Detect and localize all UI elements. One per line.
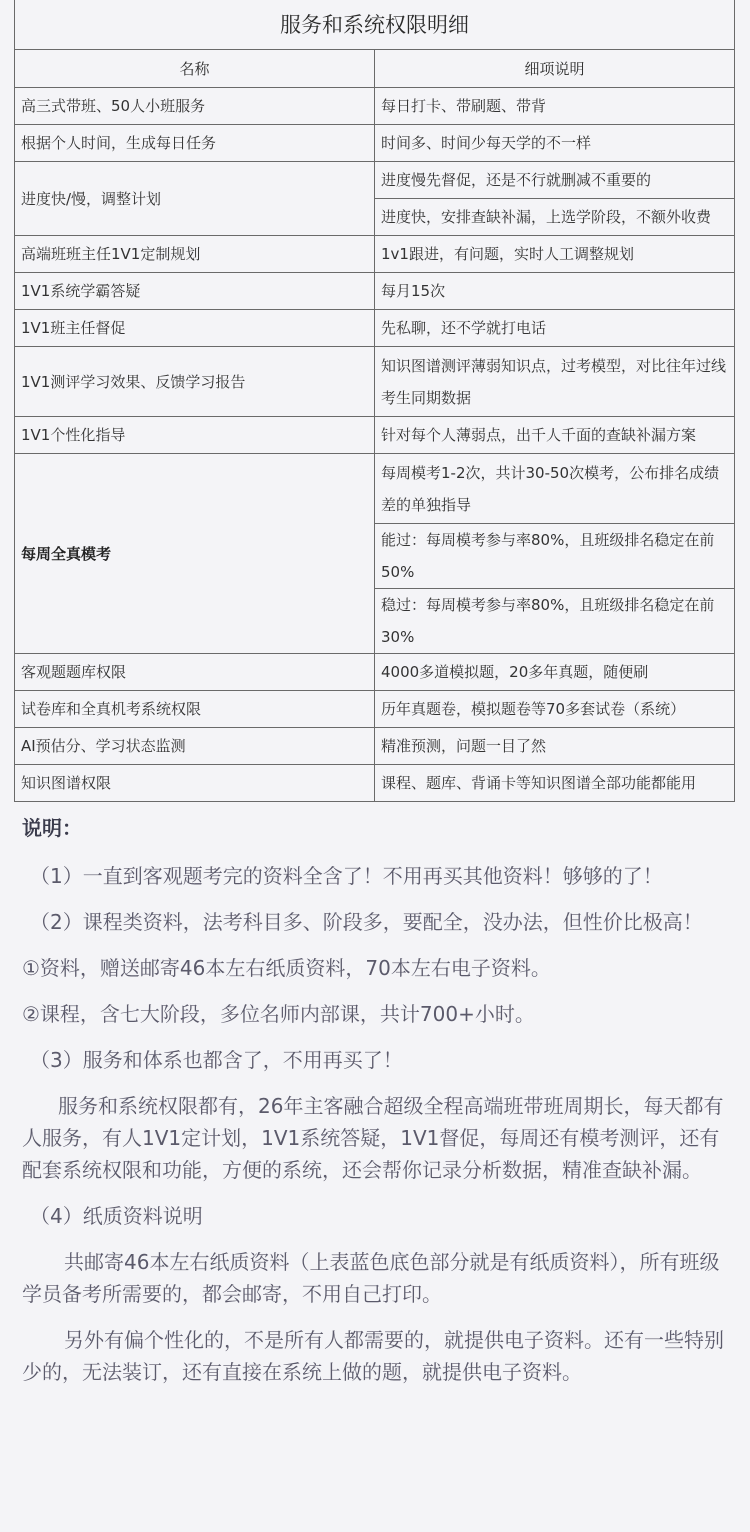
table-row: 1V1测评学习效果、反馈学习报告 知识图谱测评薄弱知识点，过考模型，对比往年过线… bbox=[15, 347, 735, 417]
row-name: 每周全真模考 bbox=[15, 454, 375, 654]
row-detail: 先私聊，还不学就打电话 bbox=[375, 310, 735, 347]
note-paragraph: （4）纸质资料说明 bbox=[22, 1200, 728, 1232]
table-row: 每周全真模考 每周模考1-2次，共计30-50次模考，公布排名成绩差的单独指导 bbox=[15, 454, 735, 524]
table-row: 高三式带班、50人小班服务 每日打卡、带刷题、带背 bbox=[15, 88, 735, 125]
row-name: 1V1测评学习效果、反馈学习报告 bbox=[15, 347, 375, 417]
row-detail: 时间多、时间少每天学的不一样 bbox=[375, 125, 735, 162]
row-detail: 进度快，安排查缺补漏，上选学阶段，不额外收费 bbox=[375, 199, 735, 236]
table-row: 1V1班主任督促 先私聊，还不学就打电话 bbox=[15, 310, 735, 347]
row-detail: 每周模考1-2次，共计30-50次模考，公布排名成绩差的单独指导 bbox=[375, 454, 735, 524]
table-header-row: 名称 细项说明 bbox=[15, 50, 735, 88]
notes-heading: 说明： bbox=[22, 812, 728, 844]
row-name: 1V1系统学霸答疑 bbox=[15, 273, 375, 310]
row-detail: 精准预测，问题一目了然 bbox=[375, 728, 735, 765]
table-row: 进度快/慢，调整计划 进度慢先督促，还是不行就删减不重要的 bbox=[15, 162, 735, 199]
permissions-table: 服务和系统权限明细 名称 细项说明 高三式带班、50人小班服务 每日打卡、带刷题… bbox=[14, 0, 735, 802]
table-row: AI预估分、学习状态监测 精准预测，问题一目了然 bbox=[15, 728, 735, 765]
row-detail: 1v1跟进，有问题，实时人工调整规划 bbox=[375, 236, 735, 273]
note-paragraph: 另外有偏个性化的，不是所有人都需要的，就提供电子资料。还有一些特别少的，无法装订… bbox=[22, 1324, 728, 1388]
row-name: 1V1个性化指导 bbox=[15, 417, 375, 454]
notes-section: 说明： （1）一直到客观题考完的资料全含了！不用再买其他资料！够够的了！ （2）… bbox=[22, 812, 728, 1402]
row-name: 客观题题库权限 bbox=[15, 654, 375, 691]
note-paragraph: （2）课程类资料，法考科目多、阶段多，要配全，没办法，但性价比极高！ bbox=[22, 906, 728, 938]
note-paragraph: （3）服务和体系也都含了，不用再买了！ bbox=[22, 1044, 728, 1076]
row-name: AI预估分、学习状态监测 bbox=[15, 728, 375, 765]
row-detail: 能过：每周模考参与率80%，且班级排名稳定在前50% bbox=[375, 524, 735, 589]
note-paragraph: 共邮寄46本左右纸质资料（上表蓝色底色部分就是有纸质资料），所有班级学员备考所需… bbox=[22, 1246, 728, 1310]
row-detail: 进度慢先督促，还是不行就删减不重要的 bbox=[375, 162, 735, 199]
table-title: 服务和系统权限明细 bbox=[15, 0, 735, 50]
table-row: 根据个人时间，生成每日任务 时间多、时间少每天学的不一样 bbox=[15, 125, 735, 162]
table-row: 客观题题库权限 4000多道模拟题，20多年真题，随便刷 bbox=[15, 654, 735, 691]
table-row: 1V1个性化指导 针对每个人薄弱点，出千人千面的查缺补漏方案 bbox=[15, 417, 735, 454]
note-paragraph: （1）一直到客观题考完的资料全含了！不用再买其他资料！够够的了！ bbox=[22, 860, 728, 892]
row-name: 高端班班主任1V1定制规划 bbox=[15, 236, 375, 273]
column-header-details: 细项说明 bbox=[375, 50, 735, 88]
table-row: 1V1系统学霸答疑 每月15次 bbox=[15, 273, 735, 310]
row-name: 高三式带班、50人小班服务 bbox=[15, 88, 375, 125]
table-row: 试卷库和全真机考系统权限 历年真题卷，模拟题卷等70多套试卷（系统） bbox=[15, 691, 735, 728]
row-detail: 针对每个人薄弱点，出千人千面的查缺补漏方案 bbox=[375, 417, 735, 454]
row-detail: 每日打卡、带刷题、带背 bbox=[375, 88, 735, 125]
row-name: 根据个人时间，生成每日任务 bbox=[15, 125, 375, 162]
table-row: 高端班班主任1V1定制规划 1v1跟进，有问题，实时人工调整规划 bbox=[15, 236, 735, 273]
table-row: 知识图谱权限 课程、题库、背诵卡等知识图谱全部功能都能用 bbox=[15, 765, 735, 802]
permissions-table-container: 服务和系统权限明细 名称 细项说明 高三式带班、50人小班服务 每日打卡、带刷题… bbox=[14, 0, 735, 802]
row-detail: 每月15次 bbox=[375, 273, 735, 310]
row-name: 试卷库和全真机考系统权限 bbox=[15, 691, 375, 728]
note-paragraph: 服务和系统权限都有，26年主客融合超级全程高端班带班周期长，每天都有人服务，有人… bbox=[22, 1090, 728, 1186]
note-paragraph: ②课程，含七大阶段，多位名师内部课，共计700+小时。 bbox=[22, 998, 728, 1030]
row-detail: 课程、题库、背诵卡等知识图谱全部功能都能用 bbox=[375, 765, 735, 802]
row-name: 知识图谱权限 bbox=[15, 765, 375, 802]
row-detail: 知识图谱测评薄弱知识点，过考模型，对比往年过线考生同期数据 bbox=[375, 347, 735, 417]
note-paragraph: ①资料，赠送邮寄46本左右纸质资料，70本左右电子资料。 bbox=[22, 952, 728, 984]
row-detail: 历年真题卷，模拟题卷等70多套试卷（系统） bbox=[375, 691, 735, 728]
table-title-row: 服务和系统权限明细 bbox=[15, 0, 735, 50]
row-name: 进度快/慢，调整计划 bbox=[15, 162, 375, 236]
row-detail: 稳过：每周模考参与率80%，且班级排名稳定在前30% bbox=[375, 589, 735, 654]
column-header-name: 名称 bbox=[15, 50, 375, 88]
row-name: 1V1班主任督促 bbox=[15, 310, 375, 347]
row-detail: 4000多道模拟题，20多年真题，随便刷 bbox=[375, 654, 735, 691]
